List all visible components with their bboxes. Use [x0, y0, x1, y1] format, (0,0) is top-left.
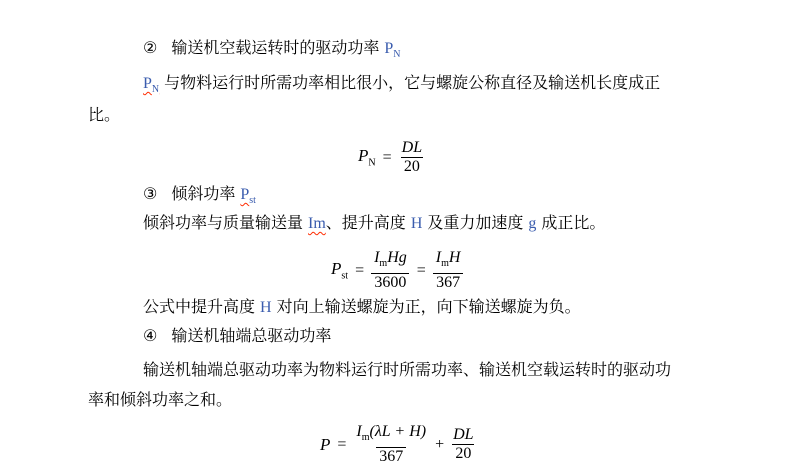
formula2-lhs: Pst [331, 259, 348, 281]
plus-sign: + [435, 436, 444, 454]
paragraph-pn-text2: 比。 [88, 107, 120, 124]
fraction-lambda-367: Im(λL + H) 367 [353, 424, 429, 465]
var-h: H [411, 215, 423, 232]
formula-pn: PN = DL 20 [358, 140, 425, 175]
document-page: ②输送机空载运转时的驱动功率PN PN与物料运行时所需功率相比很小，它与螺旋公称… [0, 0, 790, 465]
paragraph-incline: 倾斜功率与质量输送量Im、提升高度H及重力加速度g成正比。 [143, 214, 605, 233]
heading-item-3: ③倾斜功率Pst [143, 185, 256, 210]
equals-sign: = [383, 149, 392, 167]
heading-item-4: ④输送机轴端总驱动功率 [143, 327, 331, 346]
formula-total-power: P = Im(λL + H) 367 + DL 20 [320, 424, 477, 465]
fraction-imh-367: ImH 367 [433, 250, 464, 291]
paragraph-pn-line2: 比。 [88, 106, 120, 125]
heading-3-text: 倾斜功率 [171, 186, 235, 203]
paragraph-total-line1: 输送机轴端总驱动功率为物料运行时所需功率、输送机空载运转时的驱动功 [143, 361, 671, 380]
circled-number-3: ③ [143, 186, 157, 203]
heading-item-2: ②输送机空载运转时的驱动功率PN [143, 39, 401, 64]
fraction-dl-20: DL 20 [450, 427, 476, 462]
paragraph-height-note: 公式中提升高度H对向上输送螺旋为正，向下输送螺旋为负。 [143, 298, 581, 317]
paragraph-pn-text: 与物料运行时所需功率相比很小，它与螺旋公称直径及输送机长度成正 [164, 75, 660, 92]
var-h: H [260, 299, 272, 316]
equals-sign: = [355, 262, 364, 280]
heading-4-text: 输送机轴端总驱动功率 [171, 328, 331, 345]
formula-pst: Pst = ImHg 3600 = ImH 367 [331, 250, 463, 291]
formula3-lhs: P [320, 435, 330, 455]
paragraph-total-line2: 率和倾斜功率之和。 [88, 391, 232, 410]
fraction-dl-20: DL 20 [399, 140, 425, 175]
var-pst-squiggled: Pst [240, 186, 256, 203]
equals-sign: = [417, 262, 426, 280]
circled-number-2: ② [143, 40, 157, 57]
fraction-imhg-3600: ImHg 3600 [371, 250, 410, 291]
var-pn: PN [384, 40, 400, 57]
circled-number-4: ④ [143, 328, 157, 345]
heading-2-text: 输送机空载运转时的驱动功率 [171, 40, 379, 57]
var-im-squiggled: Im [308, 215, 326, 232]
var-pn-squiggled: PN [143, 75, 159, 92]
paragraph-pn-line1: PN与物料运行时所需功率相比很小，它与螺旋公称直径及输送机长度成正 [143, 74, 660, 99]
equals-sign: = [337, 436, 346, 454]
formula1-lhs: PN [358, 146, 376, 168]
var-g: g [528, 215, 536, 232]
